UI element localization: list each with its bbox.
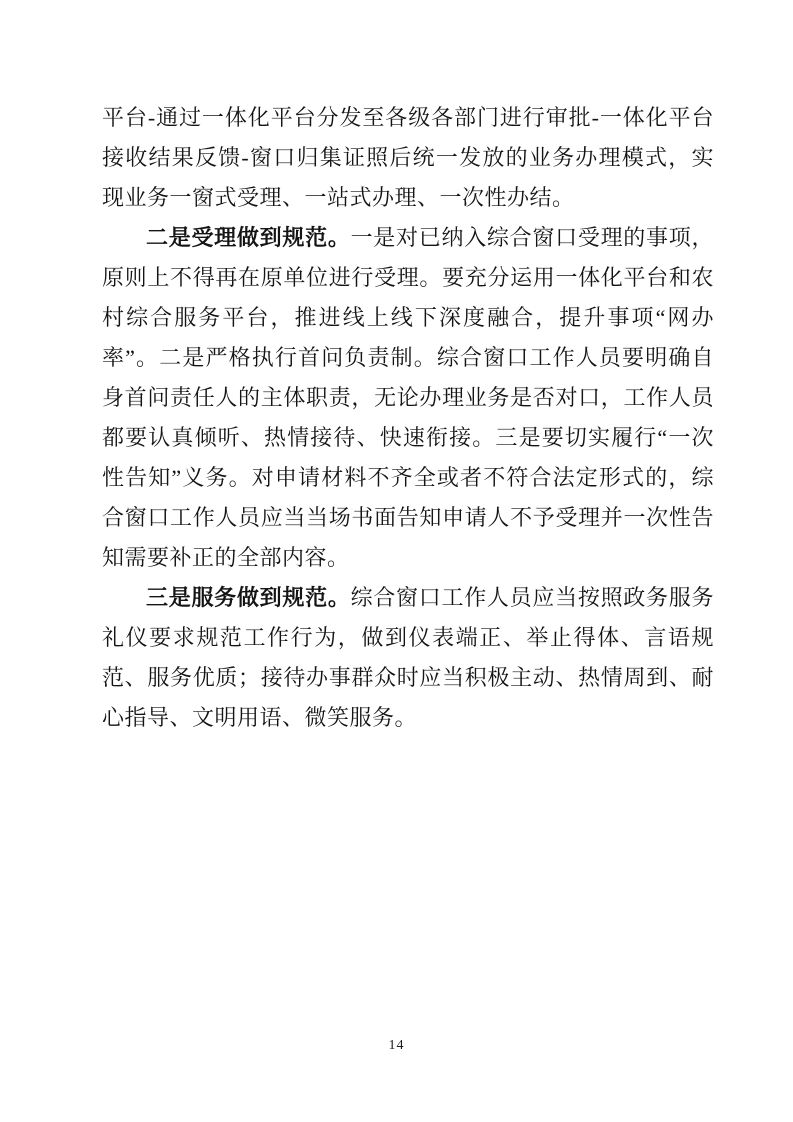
- paragraph-lead-bold: 三是服务做到规范。: [146, 585, 351, 610]
- document-page: 平台-通过一体化平台分发至各级各部门进行审批-一体化平台接收结果反馈-窗口归集证…: [0, 0, 793, 1122]
- document-body: 平台-通过一体化平台分发至各级各部门进行审批-一体化平台接收结果反馈-窗口归集证…: [102, 98, 714, 738]
- paragraph: 三是服务做到规范。综合窗口工作人员应当按照政务服务礼仪要求规范工作行为，做到仪表…: [102, 578, 714, 738]
- paragraph: 平台-通过一体化平台分发至各级各部门进行审批-一体化平台接收结果反馈-窗口归集证…: [102, 98, 714, 218]
- paragraph-lead-bold: 二是受理做到规范。: [146, 225, 351, 250]
- paragraph-text: 一是对已纳入综合窗口受理的事项，原则上不得再在原单位进行受理。要充分运用一体化平…: [102, 225, 714, 570]
- page-number: 14: [0, 1038, 793, 1054]
- paragraph: 二是受理做到规范。一是对已纳入综合窗口受理的事项，原则上不得再在原单位进行受理。…: [102, 218, 714, 578]
- paragraph-text: 平台-通过一体化平台分发至各级各部门进行审批-一体化平台接收结果反馈-窗口归集证…: [102, 105, 714, 210]
